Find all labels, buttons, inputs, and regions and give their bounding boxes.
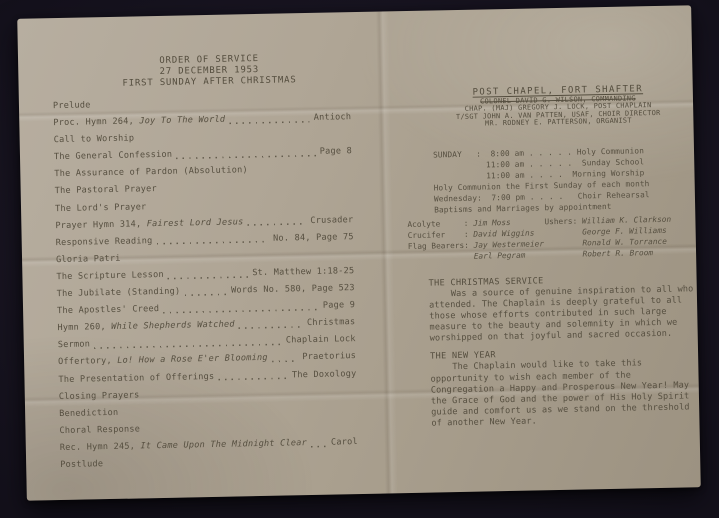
service-item: Call to Worship — [54, 130, 352, 145]
dot-leader — [168, 271, 249, 280]
service-item-text: Hymn 260, While Shepherds Watched — [57, 321, 235, 334]
service-item: The Assurance of Pardon (Absolution) — [54, 164, 352, 179]
usher-name: George F. Williams — [582, 226, 667, 237]
personnel-role-label: Flag Bearers: — [408, 241, 474, 251]
dot-leader — [247, 219, 306, 227]
section-body: Was a source of genuine inspiration to a… — [429, 284, 696, 345]
personnel-name: David Wiggins — [473, 228, 534, 238]
order-header: ORDER OF SERVICE 27 DECEMBER 1953 FIRST … — [80, 52, 339, 90]
hymn-title: While Shepherds Watched — [111, 320, 235, 332]
service-item: Offertory, Lo! How a Rose E'er BloomingP… — [58, 352, 356, 367]
personnel-roles: Acolyte : Jim MossCrucifer : David Wiggi… — [407, 216, 545, 263]
usher-name: Robert R. Broom — [583, 248, 654, 258]
service-item-text: Responsive Reading — [56, 237, 153, 248]
service-item: Prelude — [53, 96, 351, 111]
service-item: Gloria Patri — [56, 250, 354, 265]
service-item-text: The Scripture Lesson — [56, 271, 164, 282]
service-item-text: Proc. Hymn 264, Joy To The World — [53, 116, 225, 129]
dot-leader — [229, 116, 310, 125]
service-schedule: SUNDAY : 8:00 am . . . . . Holy Communio… — [433, 145, 650, 215]
dot-leader — [163, 304, 319, 314]
hymn-title: Lo! How a Rose E'er Blooming — [117, 353, 268, 366]
dot-leader — [156, 237, 269, 246]
personnel-role-label — [408, 252, 474, 262]
service-item: The Scripture LessonSt. Matthew 1:18-25 — [56, 267, 354, 282]
service-item: SermonChaplain Lock — [58, 335, 356, 350]
service-item: Closing Prayers — [59, 387, 357, 402]
service-item: The Pastoral Prayer — [55, 182, 353, 197]
service-item-text: The Apostles' Creed — [57, 305, 159, 316]
service-item: Prayer Hymn 314, Fairest Lord JesusCrusa… — [55, 216, 353, 231]
usher-list: Ushers: William K. Clarkson George F. Wi… — [544, 214, 672, 261]
service-item-text: The Lord's Prayer — [55, 203, 147, 214]
personnel-name: Earl Pegram — [474, 251, 526, 261]
service-item-text: The General Confession — [54, 151, 172, 163]
service-item-text: The Pastoral Prayer — [55, 186, 157, 197]
hymn-title: Fairest Lord Jesus — [147, 217, 244, 229]
service-item-detail: Carol — [331, 438, 358, 448]
service-item: Hymn 260, While Shepherds WatchedChristm… — [57, 318, 355, 333]
service-item-detail: Praetorius — [302, 352, 356, 362]
service-item: The Presentation of OfferingsThe Doxolog… — [58, 370, 356, 385]
ushers-label — [545, 239, 583, 249]
service-item-text: The Presentation of Offerings — [58, 372, 214, 384]
dot-leader — [218, 373, 288, 381]
announcement-sections: THE CHRISTMAS SERVICE Was a source of ge… — [429, 273, 698, 436]
personnel-name: Jay Westermeier — [473, 239, 544, 249]
service-item: Choral Response — [59, 421, 357, 436]
hymn-title: Joy To The World — [139, 115, 225, 127]
service-item-text: The Jubilate (Standing) — [57, 288, 181, 300]
service-item-detail: Page 9 — [323, 301, 355, 311]
service-item-text: Offertory, Lo! How a Rose E'er Blooming — [58, 354, 268, 367]
chapel-header: POST CHAPEL, FORT SHAFTER COLONEL DAVID … — [415, 83, 702, 129]
service-item: The Lord's Prayer — [55, 199, 353, 214]
dot-leader — [184, 289, 227, 297]
service-item-detail: Christmas — [307, 318, 356, 328]
usher-name: William K. Clarkson — [582, 215, 671, 226]
dot-leader — [94, 339, 282, 350]
personnel-role-label: Acolyte : — [407, 219, 473, 229]
service-item-text: Choral Response — [59, 425, 140, 436]
service-item: Responsive ReadingNo. 84, Page 75 — [56, 233, 354, 248]
service-item-text: Prelude — [53, 101, 91, 111]
section-body: The Chaplain would like to take this opp… — [430, 358, 697, 430]
dot-leader — [272, 356, 299, 364]
service-item-text: The Assurance of Pardon (Absolution) — [54, 167, 248, 180]
service-item-detail: Antioch — [314, 113, 352, 123]
service-item-detail: St. Matthew 1:18-25 — [252, 267, 354, 278]
service-item-text: Prayer Hymn 314, Fairest Lord Jesus — [55, 218, 243, 231]
service-item: The General ConfessionPage 8 — [54, 147, 352, 162]
service-item: Postlude — [60, 455, 358, 470]
service-item-detail: Words No. 580, Page 523 — [231, 284, 355, 296]
service-item-detail: The Doxology — [292, 370, 357, 380]
personnel-role-label: Crucifer : — [408, 230, 474, 240]
hymn-title: It Came Upon The Midnight Clear — [140, 438, 307, 451]
service-item-detail: No. 84, Page 75 — [273, 233, 354, 244]
service-item-detail: Page 8 — [320, 147, 352, 157]
service-bulletin-paper: ORDER OF SERVICE 27 DECEMBER 1953 FIRST … — [17, 5, 701, 500]
service-item-text: Gloria Patri — [56, 255, 121, 265]
personnel-name: Jim Moss — [473, 218, 511, 228]
dot-leader — [311, 441, 327, 448]
service-item-text: Rec. Hymn 245, It Came Upon The Midnight… — [60, 439, 307, 453]
ushers-label — [545, 250, 583, 260]
order-of-service-list: PreludeProc. Hymn 264, Joy To The WorldA… — [53, 96, 358, 478]
section-new-year: THE NEW YEAR The Chaplain would like to … — [430, 347, 698, 430]
ushers-label — [545, 228, 583, 238]
photo-background: ORDER OF SERVICE 27 DECEMBER 1953 FIRST … — [0, 0, 719, 518]
service-item-text: Sermon — [58, 341, 90, 351]
dot-leader — [176, 150, 316, 160]
dot-leader — [239, 322, 303, 330]
section-christmas-service: THE CHRISTMAS SERVICE Was a source of ge… — [429, 273, 696, 345]
personnel-row: Earl Pegram — [408, 249, 545, 263]
service-item-text: Postlude — [60, 460, 103, 470]
service-item-text: Benediction — [59, 409, 118, 419]
service-item-text: Call to Worship — [54, 135, 135, 146]
service-item-detail: Chaplain Lock — [286, 335, 356, 346]
service-item-text: Closing Prayers — [59, 391, 140, 402]
ushers-label: Ushers: — [544, 217, 582, 227]
service-item: The Apostles' CreedPage 9 — [57, 301, 355, 316]
personnel-block: Acolyte : Jim MossCrucifer : David Wiggi… — [407, 213, 708, 263]
service-item: Proc. Hymn 264, Joy To The WorldAntioch — [53, 113, 351, 128]
service-item: Rec. Hymn 245, It Came Upon The Midnight… — [60, 438, 358, 453]
usher-name: Ronald W. Torrance — [582, 237, 667, 248]
usher-row: Robert R. Broom — [545, 247, 672, 261]
service-item: Benediction — [59, 404, 357, 419]
service-item-detail: Crusader — [310, 216, 353, 226]
service-item: The Jubilate (Standing)Words No. 580, Pa… — [57, 284, 355, 299]
